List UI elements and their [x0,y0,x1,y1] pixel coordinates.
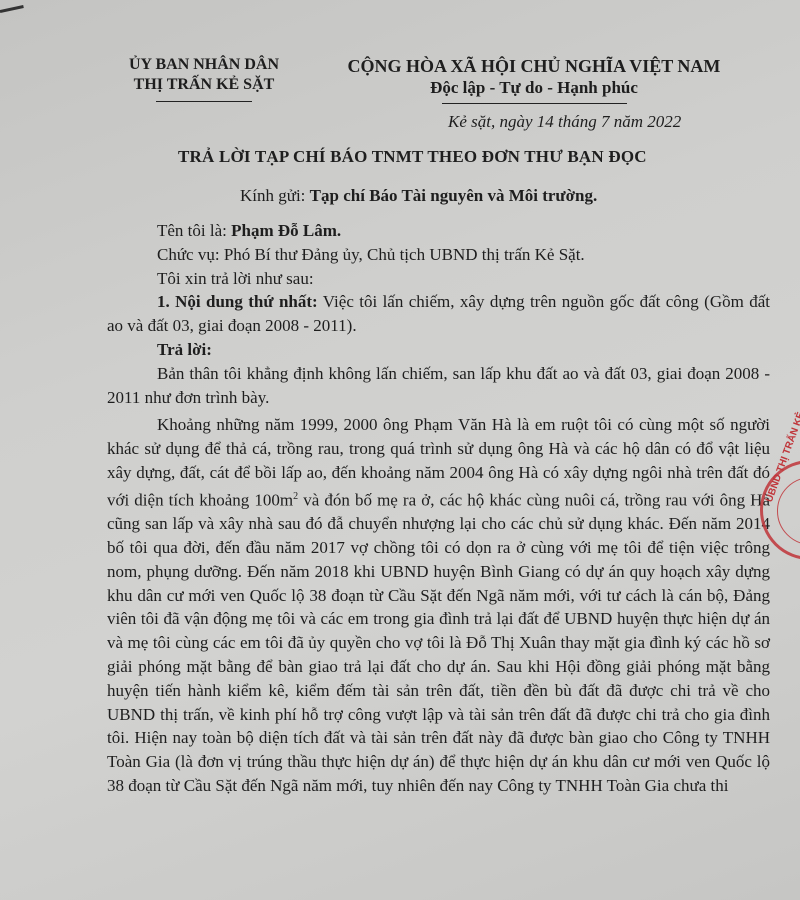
motto-underline [442,103,627,104]
answer-label: Trả lời: [107,338,770,362]
nation-title: CỘNG HÒA XÃ HỘI CHỦ NGHĨA VIỆT NAM [318,55,750,77]
document-body: Tên tôi là: Phạm Đỗ Lâm. Chức vụ: Phó Bí… [107,219,770,798]
pen-mark [0,5,24,13]
document-page: ỦY BAN NHÂN DÂN THỊ TRẤN KẺ SẶT CỘNG HÒA… [0,0,800,900]
author-position: Chức vụ: Phó Bí thư Đảng ủy, Chủ tịch UB… [107,243,770,267]
answer-paragraph-1: Bản thân tôi khẳng định không lấn chiếm,… [107,362,770,410]
document-title: TRẢ LỜI TẠP CHÍ BÁO TNMT THEO ĐƠN THƯ BẠ… [178,147,647,167]
recipient-name: Tạp chí Báo Tài nguyên và Môi trường. [310,186,598,205]
reply-lead: Tôi xin trả lời như sau: [107,267,770,291]
agency-underline [156,101,252,102]
seal-inner-ring [777,477,800,545]
answer-label-text: Trả lời: [157,340,212,359]
author-name: Phạm Đỗ Lâm. [231,221,341,240]
recipient-label: Kính gửi: [240,186,310,205]
answer-paragraph-2: Khoảng những năm 1999, 2000 ông Phạm Văn… [107,413,770,797]
agency-line-2: THỊ TRẤN KẺ SẶT [114,75,294,95]
author-name-label: Tên tôi là: [157,221,231,240]
section-1-heading: 1. Nội dung thứ nhất: [157,292,318,311]
author-name-line: Tên tôi là: Phạm Đỗ Lâm. [107,219,770,243]
paragraph-2-part-b: và đón bố mẹ ra ở, các hộ khác cùng nuôi… [107,490,770,795]
document-date: Kẻ sặt, ngày 14 tháng 7 năm 2022 [448,112,681,132]
national-header: CỘNG HÒA XÃ HỘI CHỦ NGHĨA VIỆT NAM Độc l… [318,55,750,104]
section-1-question: 1. Nội dung thứ nhất: Việc tôi lấn chiếm… [107,290,770,338]
recipient: Kính gửi: Tạp chí Báo Tài nguyên và Môi … [240,186,597,206]
issuing-agency: ỦY BAN NHÂN DÂN THỊ TRẤN KẺ SẶT [114,55,294,102]
motto: Độc lập - Tự do - Hạnh phúc [318,77,750,99]
agency-line-1: ỦY BAN NHÂN DÂN [114,55,294,75]
